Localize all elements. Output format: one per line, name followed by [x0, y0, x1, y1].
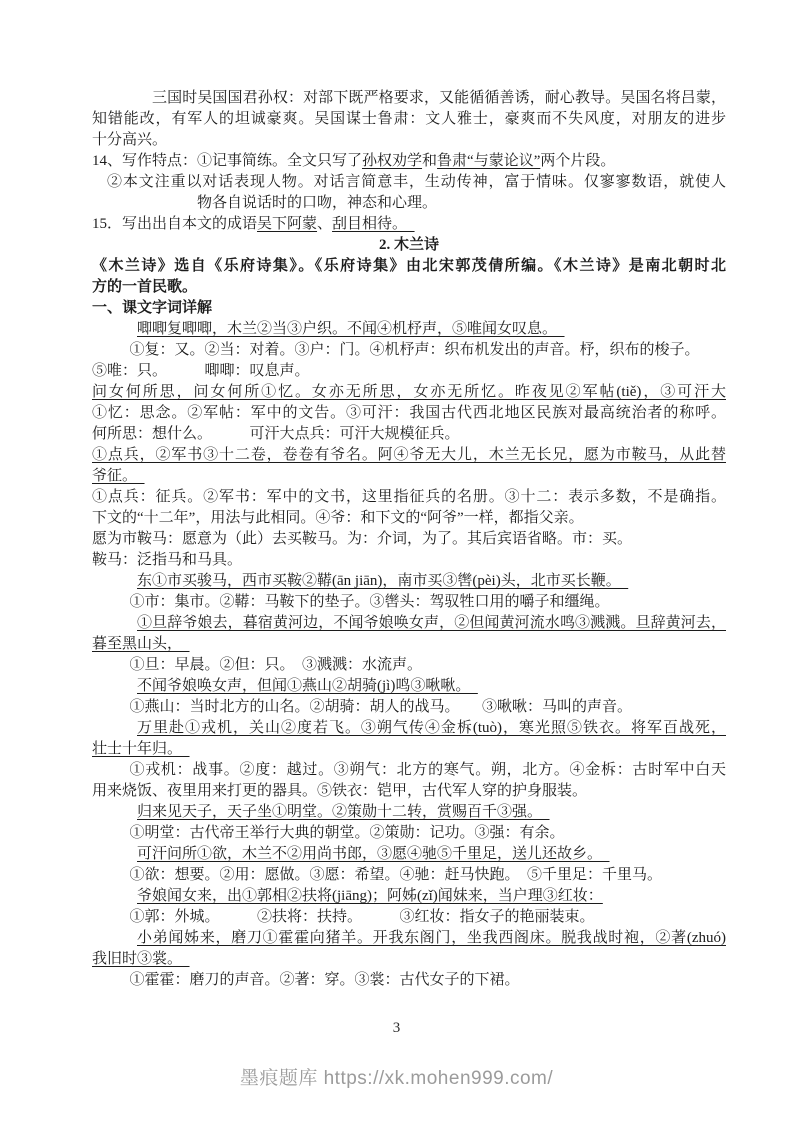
- text-segment: 2. 木兰诗: [379, 237, 439, 253]
- underlined-text: 爷征。: [92, 468, 145, 484]
- text-line: 不闻爷娘唤女声，但闻①燕山②胡骑(jì)鸣③啾啾。: [92, 676, 726, 697]
- text-segment: ①欲：想要。②用：愿做。③愿：希望。④驰：赶马快跑。 ⑤千里足：千里马。: [130, 867, 663, 883]
- text-line: 归来见天子，天子坐①明堂。②策勋十二转，赏赐百千③强。: [92, 802, 726, 823]
- text-segment: ①市：集市。②鞯：马鞍下的垫子。③辔头：驾驭牲口用的嚼子和缰绳。: [130, 594, 610, 610]
- text-segment: 、: [317, 216, 332, 232]
- text-line: ①点兵，②军书③十二卷，卷卷有爷名。阿④爷无大儿，木兰无长兄，愿为市鞍马，从此替: [92, 445, 726, 466]
- text-segment: 三国时吴国国君孙权：对部下既严格要求，又能循循善诱，耐心教导。吴国名将吕蒙，: [152, 90, 726, 106]
- underlined-text: ①旦辞爷娘去，暮宿黄河边，不闻爷娘唤女声，②但闻黄河流水鸣③溅溅。旦辞黄河去，: [137, 615, 726, 631]
- text-segment: 用来烧饭、夜里用来打更的器具。⑤铁衣：铠甲，古代军人穿的护身服装。: [92, 783, 587, 799]
- underlined-text: 万里赴①戎机，关山②度若飞。③朔气传④金柝(tuò)，寒光照⑤铁衣。将军百战死，: [137, 720, 726, 736]
- text-line: ①霍霍：磨刀的声音。②著：穿。③裳：古代女子的下裙。: [92, 970, 726, 991]
- underlined-text: 唧唧复唧唧，木兰②当③户织。不闻④机杼声，⑤唯闻女叹息。: [137, 321, 565, 337]
- underlined-text: 归来见天子，天子坐①明堂。②策勋十二转，赏赐百千③强。: [137, 804, 550, 820]
- text-segment: 愿为市鞍马：愿意为（此）去买鞍马。为：介词，为了。其后宾语省略。市：买。: [92, 531, 632, 547]
- footer-url: https://xk.mohen999.com/: [324, 1068, 554, 1089]
- underlined-text: 吴下阿蒙: [257, 216, 317, 232]
- text-line: ①市：集市。②鞯：马鞍下的垫子。③辔头：驾驭牲口用的嚼子和缰绳。: [92, 592, 726, 613]
- item-15: 15．写出出自本文的成语吴下阿蒙、刮目相待。: [92, 214, 726, 235]
- text-line: 物各自说话时的口吻，神态和心理。: [92, 193, 726, 214]
- text-line: ①旦辞爷娘去，暮宿黄河边，不闻爷娘唤女声，②但闻黄河流水鸣③溅溅。旦辞黄河去，: [92, 613, 726, 634]
- page-number: 3: [0, 1020, 793, 1037]
- underlined-text: 问女何所思，问女何所①忆。女亦无所思，女亦无所忆。昨夜见②军帖(tiě)，③可汗…: [92, 384, 726, 400]
- text-segment: 何所思：想什么。 可汗大点兵：可汗大规模征兵。: [92, 426, 460, 442]
- footer-watermark: 墨痕题库 https://xk.mohen999.com/: [0, 1063, 793, 1090]
- underlined-text: 刮目相待。: [332, 216, 415, 232]
- text-line: 《木兰诗》选自《乐府诗集》。《乐府诗集》由北宋郭茂倩所编。《木兰诗》是南北朝时北: [92, 256, 726, 277]
- text-segment: 《木兰诗》选自《乐府诗集》。《乐府诗集》由北宋郭茂倩所编。《木兰诗》是南北朝时北: [92, 258, 726, 274]
- text-line: 十分高兴。: [92, 130, 726, 151]
- underlined-text: 可汗问所①欲，木兰不②用尚书郎，③愿④驰⑤千里足，送儿还故乡。: [137, 846, 610, 862]
- text-line: 万里赴①戎机，关山②度若飞。③朔气传④金柝(tuò)，寒光照⑤铁衣。将军百战死，: [92, 718, 726, 739]
- text-segment: ⑤唯：只。 唧唧：叹息声。: [92, 363, 310, 379]
- underlined-text: 小弟闻姊来，磨刀①霍霍向猪羊。开我东阁门，坐我西阁床。脱我战时袍，②著(zhuó…: [137, 930, 726, 946]
- text-line: 知错能改，有军人的坦诚豪爽。吴国谋士鲁肃：文人雅士，豪爽而不失风度，对朋友的进步: [92, 109, 726, 130]
- text-line: 东①市买骏马，西市买鞍②鞯(ān jiān)，南市买③辔(pèi)头，北市买长鞭…: [92, 571, 726, 592]
- text-line: 唧唧复唧唧，木兰②当③户织。不闻④机杼声，⑤唯闻女叹息。: [92, 319, 726, 340]
- text-line: ①欲：想要。②用：愿做。③愿：希望。④驰：赶马快跑。 ⑤千里足：千里马。: [92, 865, 726, 886]
- text-line: ①旦：早晨。②但：只。 ③溅溅：水流声。: [92, 655, 726, 676]
- underlined-text: 暮至黑山头，: [92, 636, 190, 652]
- section-title-mulan: 2. 木兰诗: [92, 235, 726, 256]
- text-line: ①明堂：古代帝王举行大典的朝堂。②策勋：记功。③强：有余。: [92, 823, 726, 844]
- text-line: 小弟闻姊来，磨刀①霍霍向猪羊。开我东阁门，坐我西阁床。脱我战时袍，②著(zhuó…: [92, 928, 726, 949]
- underlined-text: ①点兵，②军书③十二卷，卷卷有爷名。阿④爷无大儿，木兰无长兄，愿为市鞍马，从此替: [92, 447, 726, 463]
- underlined-text: 鲁肃“与蒙论议”: [437, 153, 540, 169]
- text-line: ①复：又。②当：对着。③户：门。④机杼声：织布机发出的声音。杼，织布的梭子。: [92, 340, 726, 361]
- text-segment: ①燕山：当时北方的山名。②胡骑：胡人的战马。 ③啾啾：马叫的声音。: [130, 699, 633, 715]
- text-segment: ①霍霍：磨刀的声音。②著：穿。③裳：古代女子的下裙。: [130, 972, 520, 988]
- text-line: ①忆：思念。②军帖：军中的文告。③可汗：我国古代西北地区民族对最高统治者的称呼。: [92, 403, 726, 424]
- text-segment: ①郭：外城。 ②扶将：扶持。 ③红妆：指女子的艳丽装束。: [130, 909, 595, 925]
- text-segment: 鞍马：泛指马和马具。: [92, 552, 242, 568]
- text-line: 用来烧饭、夜里用来打更的器具。⑤铁衣：铠甲，古代军人穿的护身服装。: [92, 781, 726, 802]
- underlined-text: 东①市买骏马，西市买鞍②鞯(ān jiān)，南市买③辔(pèi)头，北市买长鞭…: [137, 573, 628, 589]
- text-segment: ①复：又。②当：对着。③户：门。④机杼声：织布机发出的声音。杼，织布的梭子。: [130, 342, 700, 358]
- text-line: ⑤唯：只。 唧唧：叹息声。: [92, 361, 726, 382]
- text-segment: 14、写作特点：①记事简练。全文只写了: [92, 153, 362, 169]
- text-line: 问女何所思，问女何所①忆。女亦无所思，女亦无所忆。昨夜见②军帖(tiě)，③可汗…: [92, 382, 726, 403]
- underlined-text: 我旧时③裳。: [92, 951, 190, 967]
- underlined-text: 不闻爷娘唤女声，但闻①燕山②胡骑(jì)鸣③啾啾。: [137, 678, 478, 694]
- document-content: 三国时吴国国君孙权：对部下既严格要求，又能循循善诱，耐心教导。吴国名将吕蒙，知错…: [92, 88, 726, 991]
- text-line: 可汗问所①欲，木兰不②用尚书郎，③愿④驰⑤千里足，送儿还故乡。: [92, 844, 726, 865]
- text-segment: 知错能改，有军人的坦诚豪爽。吴国谋士鲁肃：文人雅士，豪爽而不失风度，对朋友的进步: [92, 111, 726, 127]
- text-line: 下文的“十二年”，用法与此相同。④爷：和下文的“阿爷”一样，都指父亲。: [92, 508, 726, 529]
- underlined-text: 壮士十年归。: [92, 741, 190, 757]
- text-segment: 十分高兴。: [92, 132, 167, 148]
- text-line: 何所思：想什么。 可汗大点兵：可汗大规模征兵。: [92, 424, 726, 445]
- text-segment: ①戎机：战事。②度：越过。③朔气：北方的寒气。朔，北方。④金柝：古时军中白天: [130, 762, 727, 778]
- text-segment: ①旦：早晨。②但：只。 ③溅溅：水流声。: [130, 657, 423, 673]
- text-segment: 和: [422, 153, 437, 169]
- text-line: 鞍马：泛指马和马具。: [92, 550, 726, 571]
- text-segment: ①点兵：征兵。②军书：军中的文书，这里指征兵的名册。③十二：表示多数，不是确指。: [92, 489, 726, 505]
- underlined-text: 孙权劝学: [362, 153, 422, 169]
- text-line: 爷娘闻女来，出①郭相②扶将(jiāng)；阿姊(zǐ)闻妹来，当户理③红妆：: [92, 886, 726, 907]
- text-line: 暮至黑山头，: [92, 634, 726, 655]
- subsection-heading: 一、课文字词详解: [92, 298, 726, 319]
- text-segment: 两个片段。: [540, 153, 615, 169]
- footer-site-name: 墨痕题库: [240, 1068, 318, 1089]
- text-line: 方的一首民歌。: [92, 277, 726, 298]
- text-line: 壮士十年归。: [92, 739, 726, 760]
- text-segment: 下文的“十二年”，用法与此相同。④爷：和下文的“阿爷”一样，都指父亲。: [92, 510, 584, 526]
- text-line: ②本文注重以对话表现人物。对话言简意丰，生动传神，富于情味。仅寥寥数语，就使人: [92, 172, 726, 193]
- text-line: 爷征。: [92, 466, 726, 487]
- para-sunquan: 三国时吴国国君孙权：对部下既严格要求，又能循循善诱，耐心教导。吴国名将吕蒙，: [92, 88, 726, 109]
- text-segment: ①忆：思念。②军帖：军中的文告。③可汗：我国古代西北地区民族对最高统治者的称呼。: [92, 405, 726, 421]
- text-segment: 方的一首民歌。: [92, 279, 197, 295]
- text-segment: 15．写出出自本文的成语: [92, 216, 257, 232]
- underlined-text: 爷娘闻女来，出①郭相②扶将(jiāng)；阿姊(zǐ)闻妹来，当户理③红妆：: [137, 888, 603, 904]
- text-line: ①点兵：征兵。②军书：军中的文书，这里指征兵的名册。③十二：表示多数，不是确指。: [92, 487, 726, 508]
- text-segment: 物各自说话时的口吻，神态和心理。: [197, 195, 437, 211]
- text-line: ①戎机：战事。②度：越过。③朔气：北方的寒气。朔，北方。④金柝：古时军中白天: [92, 760, 726, 781]
- text-line: ①郭：外城。 ②扶将：扶持。 ③红妆：指女子的艳丽装束。: [92, 907, 726, 928]
- text-segment: 一、课文字词详解: [92, 300, 212, 316]
- item-14: 14、写作特点：①记事简练。全文只写了孙权劝学和鲁肃“与蒙论议”两个片段。: [92, 151, 726, 172]
- text-line: 愿为市鞍马：愿意为（此）去买鞍马。为：介词，为了。其后宾语省略。市：买。: [92, 529, 726, 550]
- text-segment: ②本文注重以对话表现人物。对话言简意丰，生动传神，富于情味。仅寥寥数语，就使人: [107, 174, 726, 190]
- text-line: ①燕山：当时北方的山名。②胡骑：胡人的战马。 ③啾啾：马叫的声音。: [92, 697, 726, 718]
- text-segment: ①明堂：古代帝王举行大典的朝堂。②策勋：记功。③强：有余。: [130, 825, 565, 841]
- text-line: 我旧时③裳。: [92, 949, 726, 970]
